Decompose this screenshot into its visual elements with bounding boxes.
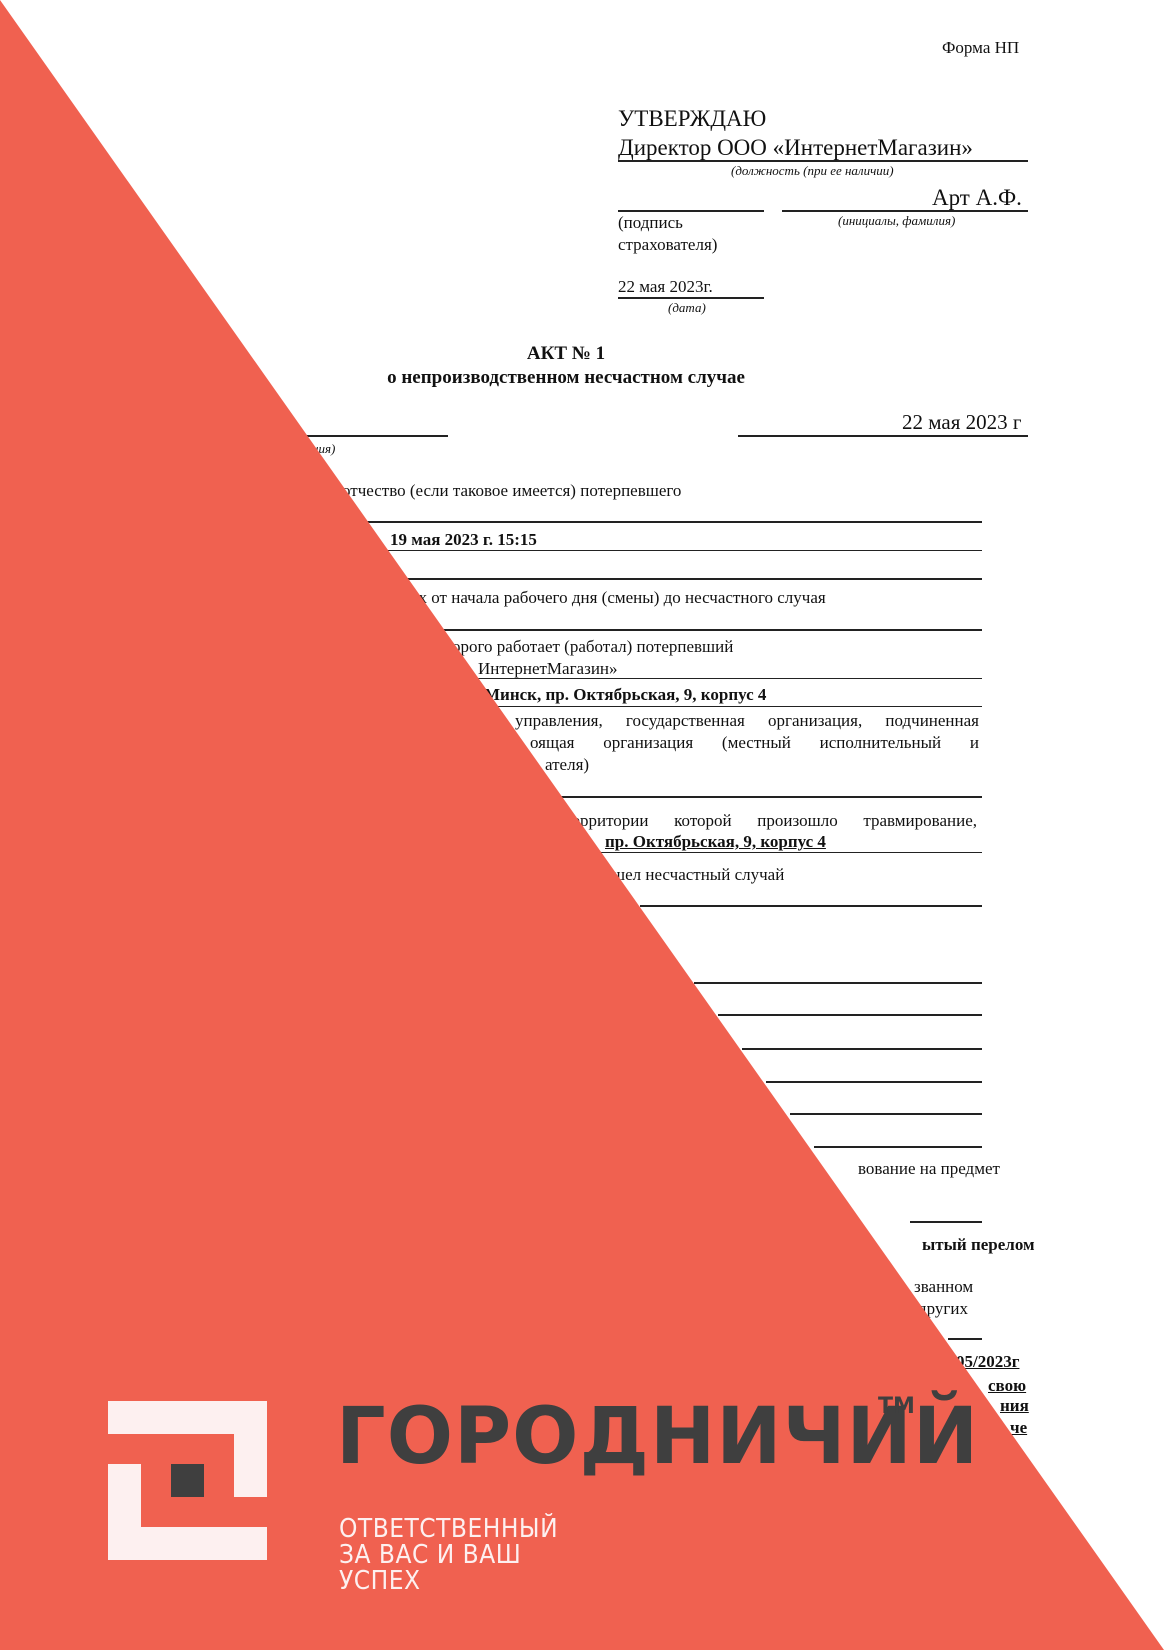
victim-name-label: отчество (если таковое имеется) потерпев… xyxy=(342,481,681,501)
position-rule xyxy=(618,160,1028,162)
name-caption: (инициалы, фамилия) xyxy=(838,213,955,229)
act-date-rule xyxy=(738,435,1028,437)
cause-line-2: других xyxy=(918,1299,968,1319)
form-label: Форма НП xyxy=(942,38,1019,58)
employer-label: орого работает (работал) потерпевший xyxy=(452,637,733,657)
signature-caption-2: страхователя) xyxy=(618,235,717,255)
signature-caption-1: (подпись xyxy=(618,213,683,233)
blank-rule-2 xyxy=(694,982,982,984)
victim-name-rule xyxy=(300,521,982,523)
exam-rule xyxy=(910,1221,982,1223)
date-caption: (дата) xyxy=(668,300,706,316)
territory-address: пр. Октябрьская, 9, корпус 4 xyxy=(605,832,826,852)
act-date: 22 мая 2023 г xyxy=(902,410,1022,435)
incident-datetime-rule xyxy=(330,550,982,551)
trademark-mark: TM xyxy=(878,1396,915,1418)
blank-rule-7 xyxy=(814,1146,982,1148)
decision-line-3: ния xyxy=(1000,1396,1029,1416)
act-subtitle: о непроизводственном несчастном случае xyxy=(0,367,1132,389)
blank-rule-5 xyxy=(766,1081,982,1083)
territory-rule xyxy=(585,852,982,853)
signature-rule xyxy=(618,210,764,212)
blank-rule-6 xyxy=(790,1113,982,1115)
cause-rule xyxy=(948,1338,982,1340)
hours-rule xyxy=(400,629,982,631)
org-type-line-3: ателя) xyxy=(545,755,589,775)
employer-name: ИнтернетМагазин» xyxy=(478,659,618,679)
approver-name: Арт А.Ф. xyxy=(932,185,1022,211)
decision-line-2: свою xyxy=(988,1376,1026,1396)
square-spiral-logo-icon xyxy=(108,1401,267,1560)
approval-position: Директор ООО «ИнтернетМагазин» xyxy=(618,135,973,161)
decision-date: 05/2023г xyxy=(956,1352,1019,1372)
approval-date: 22 мая 2023г. xyxy=(618,277,713,297)
employer-rule xyxy=(470,678,982,679)
act-title: АКТ № 1 xyxy=(0,343,1132,365)
org-type-line-1: управления, государственная организация,… xyxy=(515,711,979,731)
name-rule xyxy=(782,210,1028,212)
brand-tagline: ОТВЕТСТВЕННЫЙ ЗА ВАС И ВАШ УСПЕХ xyxy=(339,1516,558,1594)
incident-place-label: шел несчастный случай xyxy=(612,865,784,885)
blank-rule-4 xyxy=(742,1048,982,1050)
employer-address-rule xyxy=(484,706,982,707)
employer-address: Минск, пр. Октябрьская, 9, корпус 4 xyxy=(484,685,766,705)
position-caption: (должность (при ее наличии) xyxy=(731,163,894,179)
territory-label: территории которой произошло травмирован… xyxy=(565,811,977,831)
org-type-rule xyxy=(560,796,982,798)
blank-rule-3 xyxy=(718,1014,982,1016)
org-type-line-2: оящая организация (местный исполнительны… xyxy=(530,733,979,753)
exam-label: вование на предмет xyxy=(858,1159,1000,1179)
diagnosis: ытый перелом xyxy=(922,1235,1035,1255)
blank-rule-1 xyxy=(340,578,982,580)
incident-place-rule xyxy=(640,905,982,907)
approval-heading: УТВЕРЖДАЮ xyxy=(618,106,766,132)
place-caption: ния) xyxy=(312,441,335,457)
date-rule xyxy=(618,297,764,299)
place-rule xyxy=(250,435,448,437)
incident-datetime: 19 мая 2023 г. 15:15 xyxy=(390,530,537,550)
cause-line-1: званном xyxy=(914,1277,973,1297)
decision-line-4: че xyxy=(1010,1418,1027,1438)
hours-label: ных от начала рабочего дня (смены) до не… xyxy=(398,588,826,608)
